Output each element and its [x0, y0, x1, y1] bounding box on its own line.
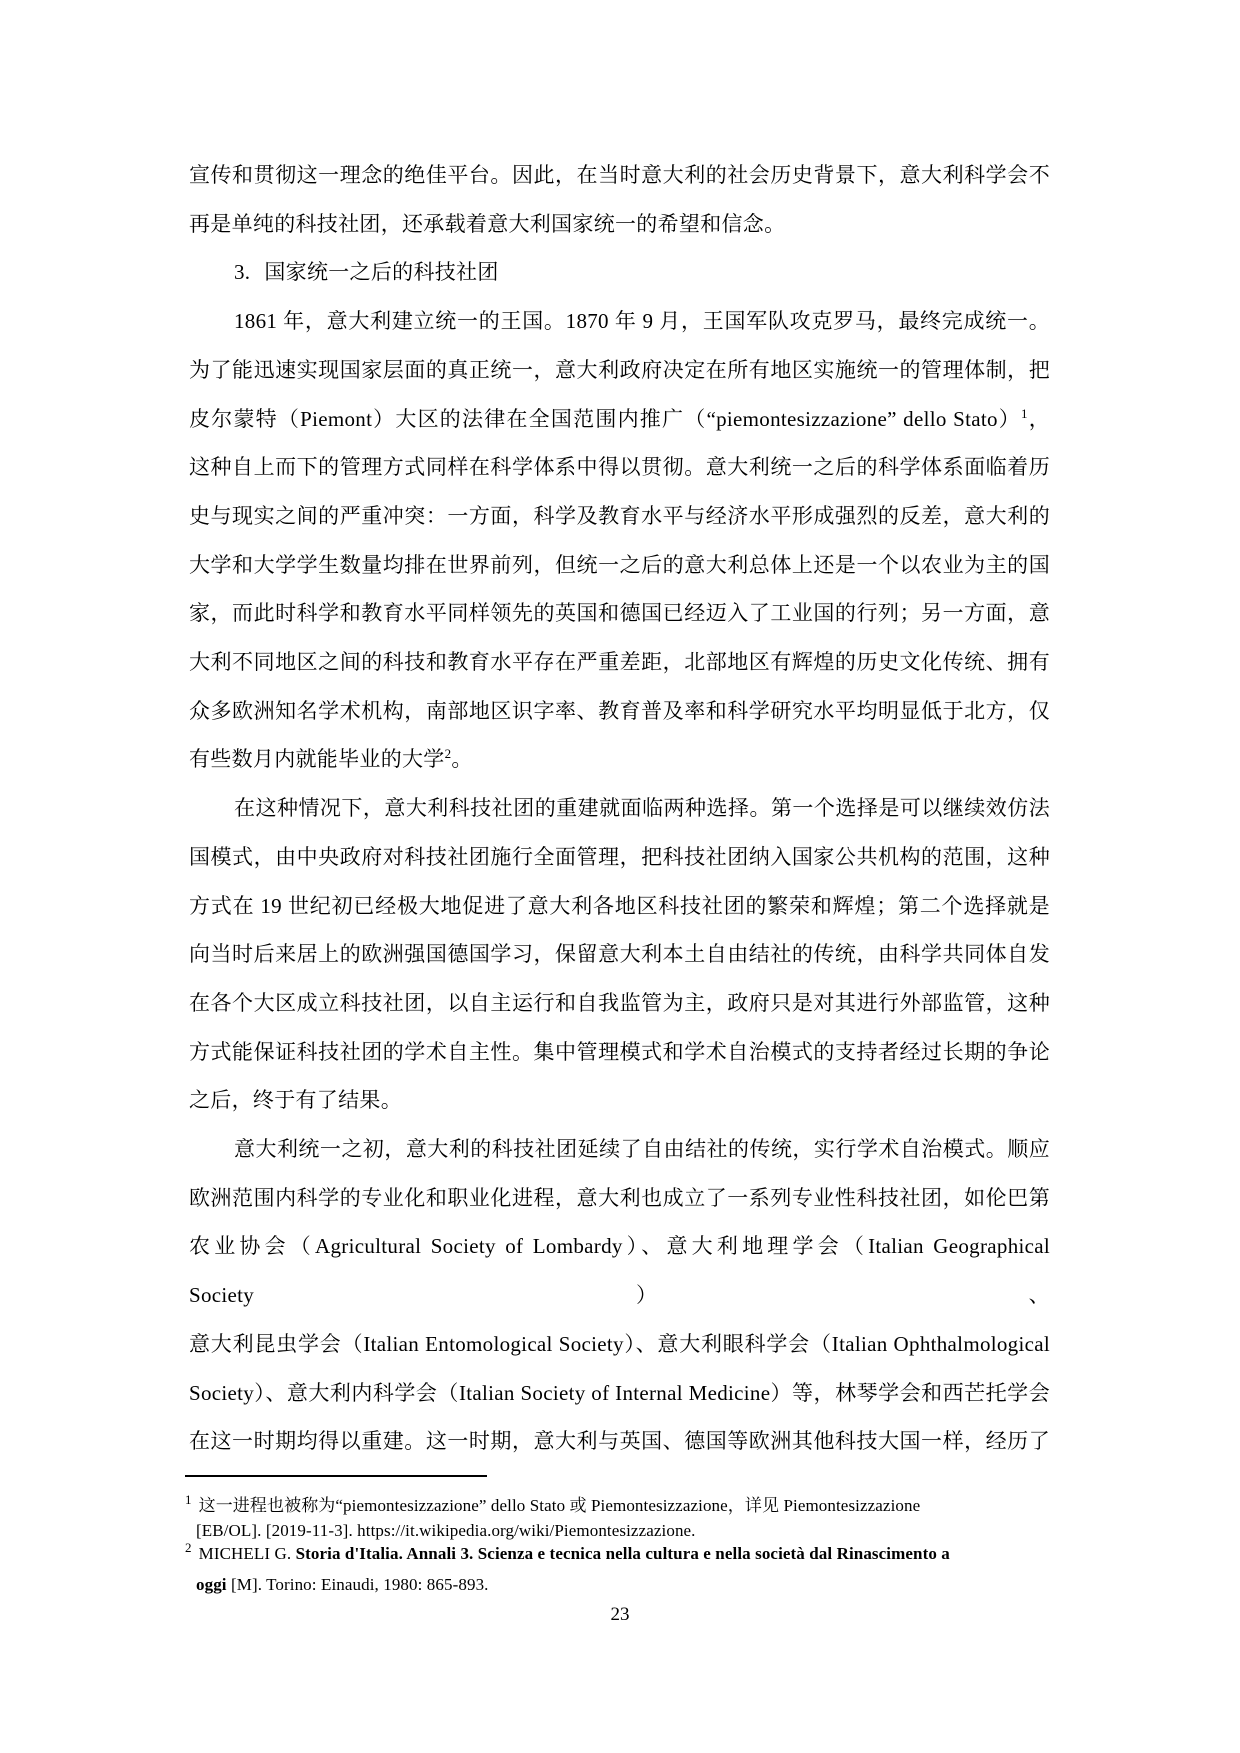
body-line: 在各个大区成立科技社团，以自主运行和自我监管为主，政府只是对其进行外部监管，这种 — [189, 979, 1050, 1028]
body-line: 皮尔蒙特（Piemont）大区的法律在全国范围内推广（“piemontesizz… — [189, 395, 1050, 444]
body-line: 宣传和贯彻这一理念的绝佳平台。因此，在当时意大利的社会历史背景下，意大利科学会不 — [189, 151, 1050, 200]
body-line: 国模式，由中央政府对科技社团施行全面管理，把科技社团纳入国家公共机构的范围，这种 — [189, 833, 1050, 882]
body-line: 方式能保证科技社团的学术自主性。集中管理模式和学术自治模式的支持者经过长期的争论 — [189, 1028, 1050, 1077]
body-line: 大利不同地区之间的科技和教育水平存在严重差距，北部地区有辉煌的历史文化传统、拥有 — [189, 638, 1050, 687]
footnote-marker: 1 — [185, 1492, 192, 1507]
body-line: 意大利统一之初，意大利的科技社团延续了自由结社的传统，实行学术自治模式。顺应 — [189, 1125, 1050, 1174]
body-line: 有些数月内就能毕业的大学2。 — [189, 735, 1050, 784]
footnote-ref-1: 1 — [1021, 406, 1028, 421]
body-line: 大学和大学学生数量均排在世界前列，但统一之后的意大利总体上还是一个以农业为主的国 — [189, 541, 1050, 590]
body-line: 1861 年，意大利建立统一的王国。1870 年 9 月，王国军队攻克罗马，最终… — [189, 297, 1050, 346]
page-number: 23 — [0, 1603, 1240, 1627]
footnote-2: 2MICHELI G. Storia d'Italia. Annali 3. S… — [185, 1538, 1105, 1600]
document-page: 宣传和贯彻这一理念的绝佳平台。因此，在当时意大利的社会历史背景下，意大利科学会不… — [0, 0, 1240, 1753]
section-heading: 3.国家统一之后的科技社团 — [189, 248, 1050, 297]
body-line: 在这一时期均得以重建。这一时期，意大利与英国、德国等欧洲其他科技大国一样，经历了 — [189, 1417, 1050, 1466]
body-line: 农业协会（Agricultural Society of Lombardy）、意… — [189, 1222, 1050, 1319]
footnote-line: 1这一进程也被称为“piemontesizzazione” dello Stat… — [185, 1493, 1105, 1518]
body-line: 为了能迅速实现国家层面的真正统一，意大利政府决定在所有地区实施统一的管理体制，把 — [189, 346, 1050, 395]
footnote-line: 2MICHELI G. Storia d'Italia. Annali 3. S… — [185, 1538, 1105, 1569]
footnote-line: oggi [M]. Torino: Einaudi, 1980: 865-893… — [185, 1569, 1105, 1600]
body-line: 众多欧洲知名学术机构，南部地区识字率、教育普及率和科学研究水平均明显低于北方，仅 — [189, 687, 1050, 736]
citation-title: Storia d'Italia. Annali 3. Scienza e tec… — [296, 1544, 950, 1563]
body-line: 史与现实之间的严重冲突：一方面，科学及教育水平与经济水平形成强烈的反差，意大利的 — [189, 492, 1050, 541]
body-line: 欧洲范围内科学的专业化和职业化进程，意大利也成立了一系列专业性科技社团，如伦巴第 — [189, 1174, 1050, 1223]
body-line: 意大利昆虫学会（Italian Entomological Society）、意… — [189, 1320, 1050, 1369]
section-number: 3. — [234, 260, 250, 284]
body-line: 向当时后来居上的欧洲强国德国学习，保留意大利本土自由结社的传统，由科学共同体自发 — [189, 930, 1050, 979]
section-title: 国家统一之后的科技社团 — [264, 260, 498, 284]
body-line: 再是单纯的科技社团，还承载着意大利国家统一的希望和信念。 — [189, 200, 1050, 249]
citation-title: oggi — [196, 1575, 227, 1594]
body-line: 家，而此时科学和教育水平同样领先的英国和德国已经迈入了工业国的行列；另一方面，意 — [189, 589, 1050, 638]
body-line: 在这种情况下，意大利科技社团的重建就面临两种选择。第一个选择是可以继续效仿法 — [189, 784, 1050, 833]
body-line: 这种自上而下的管理方式同样在科学体系中得以贯彻。意大利统一之后的科学体系面临着历 — [189, 443, 1050, 492]
body-line: 之后，终于有了结果。 — [189, 1076, 1050, 1125]
body-text: 宣传和贯彻这一理念的绝佳平台。因此，在当时意大利的社会历史背景下，意大利科学会不… — [189, 151, 1050, 1466]
footnote-separator — [185, 1475, 487, 1477]
body-line: Society）、意大利内科学会（Italian Society of Inte… — [189, 1369, 1050, 1418]
footnote-1: 1这一进程也被称为“piemontesizzazione” dello Stat… — [185, 1493, 1105, 1543]
body-line: 方式在 19 世纪初已经极大地促进了意大利各地区科技社团的繁荣和辉煌；第二个选择… — [189, 882, 1050, 931]
footnote-marker: 2 — [185, 1540, 192, 1555]
